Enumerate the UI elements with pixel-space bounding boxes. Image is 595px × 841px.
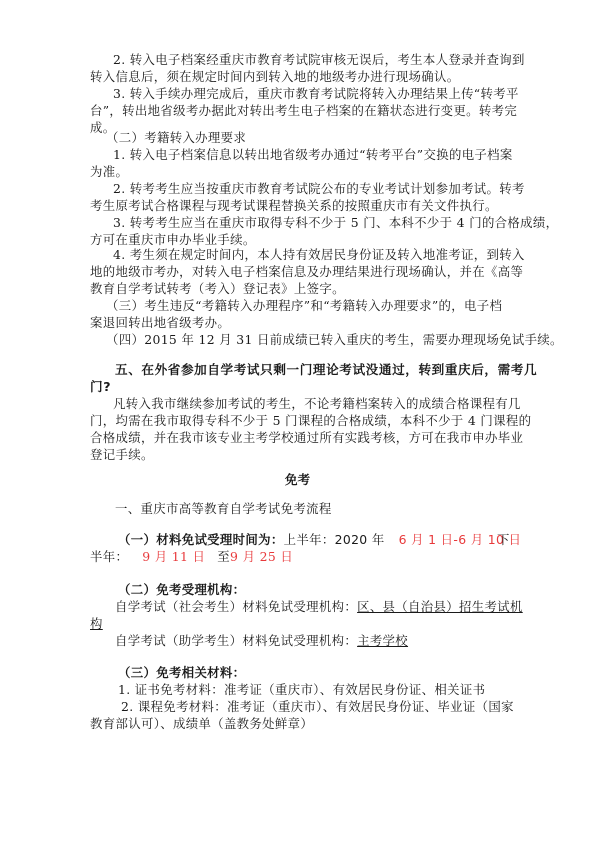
paragraph-line: 4. 考生须在规定时间内，本人持有效居民身份证及转入地准考证，到转入 [113,246,525,263]
paragraph-line: 凡转入我市继续参加考试的考生，不论考籍档案转入的成绩合格课程有几 [113,395,521,412]
materials-label: （三）免考相关材料： [118,664,245,681]
institution-label: （二）免考受理机构： [118,581,245,598]
paragraph-line: 3. 转入手续办理完成后，重庆市教育考试院将转入办理结果上传“转考平 [113,85,519,102]
paragraph-line: 门，均需在我市取得专科不少于 5 门课程的合格成绩，本科不少于 4 门课程的 [90,412,531,429]
second-half-to: 至 [217,549,230,564]
paragraph-line: 2. 转考考生应当按重庆市教育考试院公布的专业考试计划参加考试。转考 [113,180,525,197]
institution-social: 自学考试（社会考生）材料免试受理机构：区、县（自治县）招生考试机 [115,598,523,615]
social-value: 区、县（自治县）招生考试机 [357,599,523,614]
question-heading: 五、在外省参加自学考试只剩一门理论考试没通过，转到重庆后，需考几 [115,361,537,378]
paragraph-line: 教育自学考试转考（考入）登记表》上签字。 [90,280,345,297]
social-value-cont: 构 [90,615,103,632]
paragraph-line: 2. 转入电子档案经重庆市教育考试院审核无误后，考生本人登录并查询到 [113,51,525,68]
institution-assisted: 自学考试（助学考生）材料免试受理机构：主考学校 [115,632,408,649]
second-half-end: 9 月 25 日 [230,549,293,564]
materials-item: 2. 课程免考材料：准考证（重庆市）、有效居民身份证、毕业证（国家 [121,698,514,715]
second-half-prefix: 半年： [90,549,128,564]
section-heading: 一、重庆市高等教育自学考试免考流程 [115,500,332,517]
paragraph-line: 登记手续。 [90,446,154,463]
paragraph-line: 为准。 [90,163,128,180]
paragraph-line: 3. 转考考生应当在重庆市取得专科不少于 5 门、本科不少于 4 门的合格成绩， [113,214,558,231]
assisted-value: 主考学校 [357,633,408,648]
paragraph-line: （三）考生违反“考籍转入办理程序”和“考籍转入办理要求”的，电子档 [106,297,502,314]
paragraph-line: 1. 转入电子档案信息以转出地省级考办通过“转考平台”交换的电子档案 [113,146,513,163]
paragraph-line: 合格成绩，并在我市该专业主考学校通过所有实践考核，方可在我市申办毕业 [90,429,523,446]
section-heading: （二）考籍转入办理要求 [106,129,246,146]
page-title: 免考 [0,469,595,488]
paragraph-line: 案退回转出地省级考办。 [90,314,230,331]
paragraph-line: 地的地级市考办，对转入电子档案信息及办理结果进行现场确认，并在《高等 [90,263,523,280]
first-half-prefix: 上半年：2020 年 [284,532,385,547]
question-heading: 门? [90,378,111,395]
document-page: 2. 转入电子档案经重庆市教育考试院审核无误后，考生本人登录并查询到 转入信息后… [0,0,595,841]
materials-item-cont: 教育部认可）、成绩单（盖教务处鲜章） [90,715,313,732]
second-half-prefix-a: 下 [497,531,510,548]
second-half-start: 9 月 11 日 [142,549,205,564]
time-line-2: 半年：9 月 11 日至9 月 25 日 [90,548,293,565]
assisted-prefix: 自学考试（助学考生）材料免试受理机构： [115,633,357,648]
paragraph-line: （四）2015 年 12 月 31 日前成绩已转入重庆的考生，需要办理现场免试手… [106,331,563,348]
time-label: （一）材料免试受理时间为： [118,532,284,547]
paragraph-line: 台”，转出地省级考办据此对转出考生电子档案的在籍状态进行变更。转考完 [90,102,517,119]
paragraph-line: 考生原考试合格课程与现考试课程替换关系的按照重庆市有关文件执行。 [90,197,498,214]
time-line: （一）材料免试受理时间为：上半年：2020 年6 月 1 日-6 月 10 日 [118,531,521,548]
paragraph-line: 转入信息后，须在规定时间内到转入地的地级考办进行现场确认。 [90,68,459,85]
materials-item: 1. 证书免考材料：准考证（重庆市）、有效居民身份证、相关证书 [118,681,485,698]
social-prefix: 自学考试（社会考生）材料免试受理机构： [115,599,357,614]
